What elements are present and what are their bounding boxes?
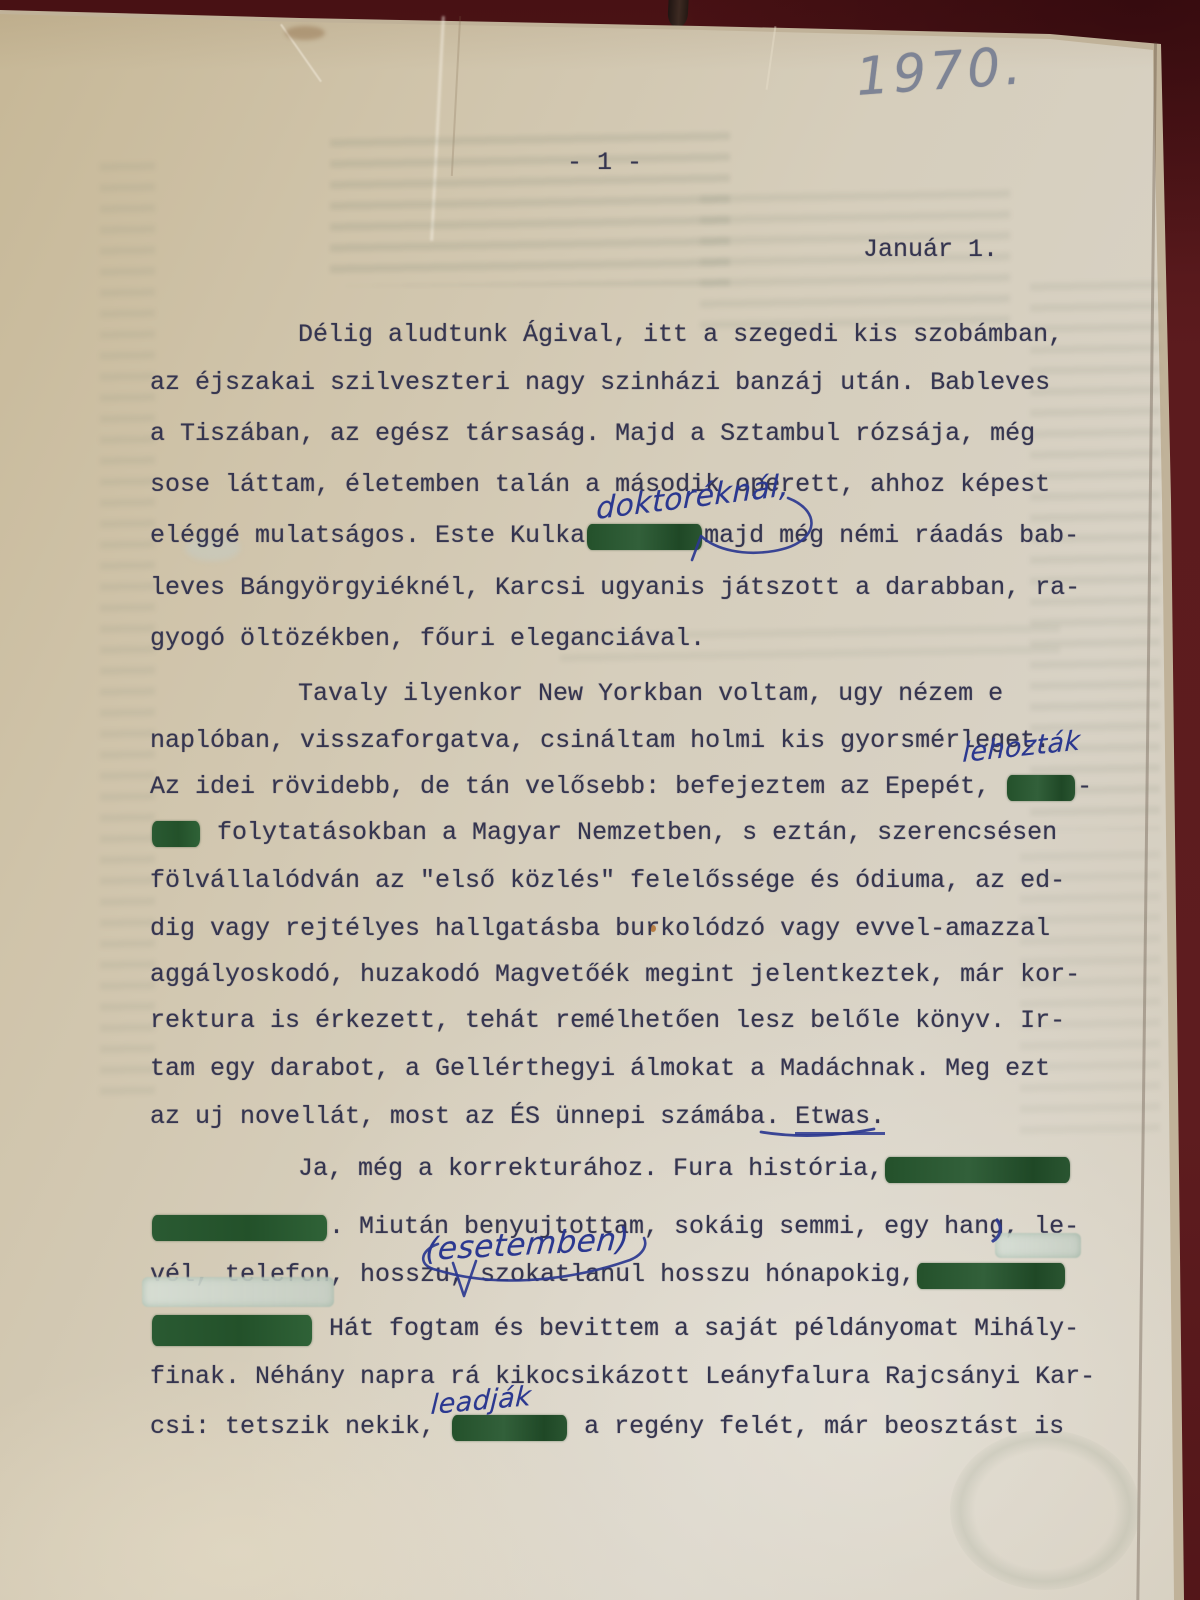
typed-line: az uj novellát, most az ÉS ünnepi számáb… <box>150 1100 885 1134</box>
reverse-side-text-bleed <box>100 150 155 1100</box>
typed-line: a Tiszában, az egész társaság. Majd a Sz… <box>150 417 1035 451</box>
typed-text: csi: tetszik nekik, <box>150 1412 450 1441</box>
typed-text: Az idei rövidebb, de tán velősebb: befej… <box>150 772 1005 801</box>
reverse-side-text-bleed <box>330 126 730 286</box>
typed-text: aggályoskodó, huzakodó Magvetőék megint … <box>150 960 1080 989</box>
typed-line: fölvállalódván az "első közlés" felelőss… <box>150 864 1065 898</box>
typed-line: aggályoskodó, huzakodó Magvetőék megint … <box>150 958 1080 992</box>
typed-line: csi: tetszik nekik, a regény felét, már … <box>150 1410 1064 1444</box>
typed-text: az uj novellát, most az ÉS ünnepi számáb… <box>150 1102 795 1131</box>
typed-text: folytatásokban a Magyar Nemzetben, s ezt… <box>202 818 1057 847</box>
page-number: - 1 - <box>567 146 642 180</box>
cup-stain <box>950 1430 1140 1590</box>
typed-line: leves Bángyörgyiéknél, Karcsi ugyanis já… <box>150 571 1080 605</box>
typed-text: finak. Néhány napra rá kikocsikázott Leá… <box>150 1362 1095 1391</box>
redaction-mark <box>587 524 702 550</box>
typed-line: rektura is érkezett, tehát remélhetően l… <box>150 1004 1065 1038</box>
date-heading: Január 1. <box>863 233 998 267</box>
typed-text: Ja, még a korrekturához. Fura história, <box>298 1154 883 1183</box>
typed-line: gyogó öltözékben, főuri eleganciával. <box>150 622 705 656</box>
redaction-mark <box>1007 775 1075 801</box>
typed-line: folytatásokban a Magyar Nemzetben, s ezt… <box>150 816 1057 850</box>
typed-text: tam egy darabot, a Gellérthegyi álmokat … <box>150 1054 1050 1083</box>
typed-text: Tavaly ilyenkor New Yorkban voltam, ugy … <box>298 679 1003 708</box>
edge-stain <box>285 26 325 40</box>
typed-text: dig vagy rejtélyes hallgatásba burkolódz… <box>150 914 1050 943</box>
typed-line: az éjszakai szilveszteri nagy szinházi b… <box>150 366 1050 400</box>
typed-text: fölvállalódván az "első közlés" felelőss… <box>150 866 1065 895</box>
faded-redaction-mark <box>142 1277 334 1307</box>
typed-text: - <box>1077 772 1092 801</box>
typed-line: finak. Néhány napra rá kikocsikázott Leá… <box>150 1360 1095 1394</box>
underlined-typed-text: Etwas. <box>795 1102 885 1135</box>
handwritten-year: 1970. <box>854 36 1027 108</box>
typed-line: Ja, még a korrekturához. Fura história, <box>298 1152 1072 1186</box>
typed-text: naplóban, visszaforgatva, csináltam holm… <box>150 726 1050 755</box>
typed-line: Délig aludtunk Ágival, itt a szegedi kis… <box>298 318 1063 352</box>
typed-text: a Tiszában, az egész társaság. Majd a Sz… <box>150 419 1035 448</box>
typed-line: Hát fogtam és bevittem a saját példányom… <box>150 1312 1079 1346</box>
typed-text: a regény felét, már beosztást is <box>569 1412 1064 1441</box>
typed-text: leves Bángyörgyiéknél, Karcsi ugyanis já… <box>150 573 1080 602</box>
faded-redaction-mark <box>995 1233 1081 1258</box>
typed-text: eléggé mulatságos. Este Kulka <box>150 521 585 550</box>
typed-line: Tavaly ilyenkor New Yorkban voltam, ugy … <box>298 677 1003 711</box>
typed-line: dig vagy rejtélyes hallgatásba burkolódz… <box>150 912 1050 946</box>
redaction-mark <box>152 821 200 847</box>
typed-text: Délig aludtunk Ágival, itt a szegedi kis… <box>298 320 1063 349</box>
redaction-mark <box>152 1215 327 1241</box>
redaction-mark <box>885 1157 1070 1183</box>
typed-text: gyogó öltözékben, főuri eleganciával. <box>150 624 705 653</box>
typed-line: tam egy darabot, a Gellérthegyi álmokat … <box>150 1052 1050 1086</box>
typed-text: Hát fogtam és bevittem a saját példányom… <box>314 1314 1079 1343</box>
typed-text: rektura is érkezett, tehát remélhetően l… <box>150 1006 1065 1035</box>
typed-line: Az idei rövidebb, de tán velősebb: befej… <box>150 770 1092 804</box>
photographed-manuscript-page: 1970. - 1 - Január 1. Délig aludtunk Ági… <box>0 0 1200 1600</box>
redaction-mark <box>452 1415 567 1441</box>
redaction-mark <box>917 1263 1065 1289</box>
typed-text: az éjszakai szilveszteri nagy szinházi b… <box>150 368 1050 397</box>
typed-line: naplóban, visszaforgatva, csináltam holm… <box>150 724 1050 758</box>
redaction-mark <box>152 1315 312 1346</box>
typed-text: majd még némi ráadás bab- <box>704 521 1079 550</box>
